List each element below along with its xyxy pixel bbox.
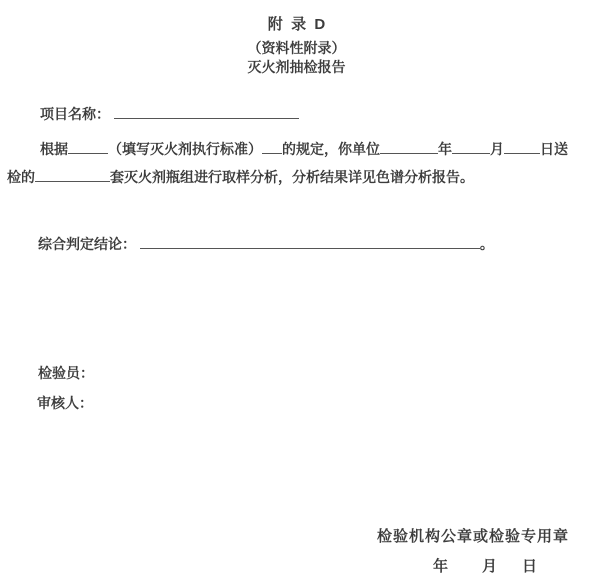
- reviewer-label: 审核人：: [37, 395, 93, 411]
- regulation-clause-text: 的规定，你单位: [282, 141, 380, 157]
- standard-placeholder-text: （填写灭火剂执行标准）: [108, 141, 262, 157]
- unit-name-blank: [380, 139, 438, 154]
- continuation-text: 套灭火剂瓶组进行取样分析，分析结果详见色谱分析报告。: [110, 169, 474, 185]
- footer-day-label: 日: [522, 557, 537, 577]
- footer-year-label: 年: [433, 557, 448, 577]
- body-paragraph-line2: 检的套灭火剂瓶组进行取样分析，分析结果详见色谱分析报告。: [7, 167, 474, 187]
- standard-blank-after: [262, 139, 282, 154]
- month-label: 月: [490, 141, 504, 157]
- seal-instruction: 检验机构公章或检验专用章: [377, 527, 569, 547]
- report-title: 灭火剂抽检报告: [0, 57, 593, 77]
- month-blank: [504, 139, 540, 154]
- appendix-title: 附 录 D: [0, 15, 593, 35]
- inspector-label: 检验员：: [38, 365, 94, 381]
- according-label: 根据: [40, 141, 68, 157]
- inspector-row: 检验员：: [38, 363, 94, 383]
- appendix-subtitle: （资料性附录）: [0, 38, 593, 58]
- project-name-blank: [114, 104, 299, 119]
- report-form-document: 附 录 D （资料性附录） 灭火剂抽检报告 项目名称： 根据（填写灭火剂执行标准…: [0, 0, 593, 577]
- continuation-prefix: 检的: [7, 169, 35, 185]
- body-paragraph-line1: 根据（填写灭火剂执行标准）的规定，你单位年月日送: [40, 139, 568, 159]
- conclusion-label: 综合判定结论：: [38, 236, 136, 252]
- day-sent-label: 日送: [540, 141, 568, 157]
- bottle-count-blank: [35, 167, 110, 182]
- reviewer-row: 审核人：: [37, 393, 93, 413]
- conclusion-period: 。: [480, 236, 494, 252]
- footer-month-label: 月: [482, 557, 497, 577]
- conclusion-blank: [140, 234, 480, 249]
- project-name-row: 项目名称：: [40, 104, 299, 124]
- year-label: 年: [438, 141, 452, 157]
- standard-blank-before: [68, 139, 108, 154]
- project-name-label: 项目名称：: [40, 106, 110, 122]
- year-blank: [452, 139, 490, 154]
- conclusion-row: 综合判定结论： 。: [38, 234, 494, 254]
